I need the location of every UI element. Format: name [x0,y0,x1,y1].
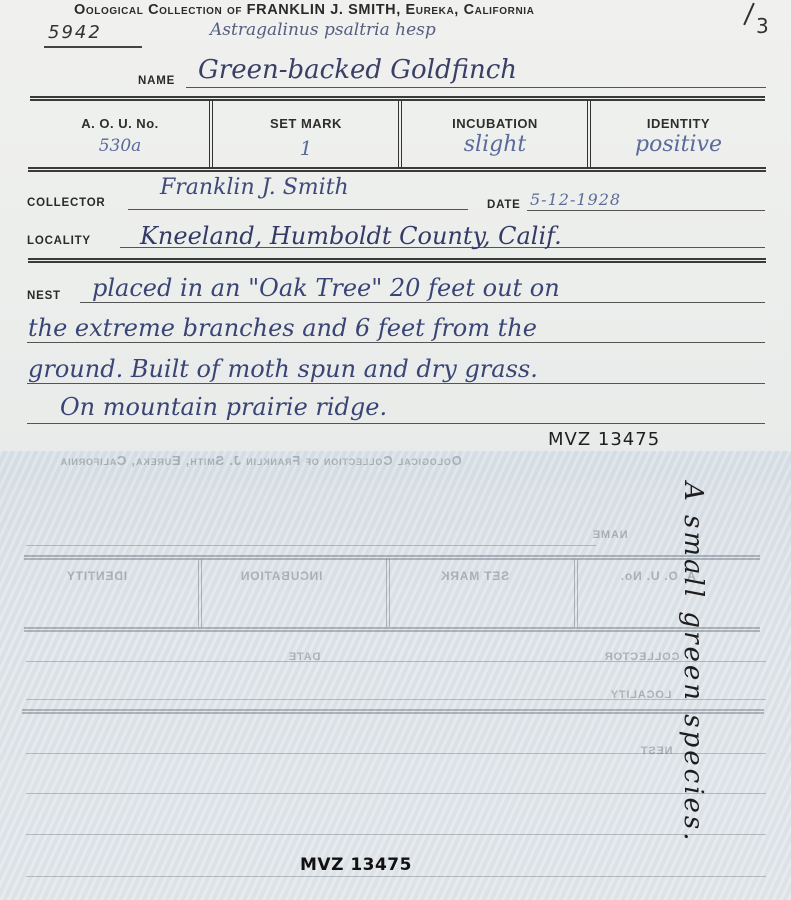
date-line [527,210,765,211]
name-value: Green-backed Goldfinch [198,55,517,85]
museum-number-front: MVZ 13475 [548,429,660,450]
ghost-name-line [26,545,596,546]
collector-line [128,209,468,210]
ghost-set-mark-label: SET MARK [440,569,509,583]
nest-line-4 [27,423,765,424]
ghost-identity-label: IDENTITY [66,569,127,583]
locality-label: LOCALITY [27,235,91,247]
ghost-nest-line-2 [26,793,766,794]
nest-text-line-2: the extreme branches and 6 feet from the [28,314,537,342]
ghost-nest-line-1 [26,753,766,754]
fraction-denominator: 3 [756,14,769,38]
ghost-nest-line-3 [26,834,766,835]
collector-label: COLLECTOR [27,197,106,209]
nest-label: NEST [27,290,61,302]
collector-value: Franklin J. Smith [160,175,349,200]
collection-header: Oological Collection of FRANKLIN J. SMIT… [74,2,734,18]
set-mark-label: SET MARK [213,116,399,131]
name-line [186,87,766,88]
ghost-table-bottom [24,627,760,632]
date-label: DATE [487,199,521,211]
nest-text-line-3: ground. Built of moth spun and dry grass… [28,355,538,383]
date-value: 5-12-1928 [530,190,621,209]
nest-line-2 [27,342,765,343]
ghost-header: Oological Collection of Franklin J. Smit… [60,453,462,468]
ghost-locality-bottom [22,709,764,714]
vertical-handwritten-note: A small green species. [678,482,708,862]
locality-bottom-rule [28,258,766,263]
catalog-number: 5942 [48,22,102,43]
aou-no-value: 530a [30,136,210,156]
card-back: Oological Collection of Franklin J. Smit… [0,451,791,900]
identity-label: IDENTITY [591,116,766,131]
name-label: NAME [138,75,175,87]
ghost-incubation-label: INCUBATION [240,569,322,583]
nest-text-line-4: On mountain prairie ridge. [60,393,387,421]
set-mark-value: 1 [213,136,399,160]
ghost-divider-3 [574,559,578,627]
nest-line-3 [27,383,765,384]
scientific-name: Astragalinus psaltria hesp [210,20,436,40]
ghost-collector-line [26,661,766,662]
ghost-nest-label: NEST [640,745,673,757]
incubation-label: INCUBATION [402,116,588,131]
catalog-number-underline [44,46,142,48]
incubation-value: slight [402,132,588,157]
identity-value: positive [591,132,766,157]
ghost-locality-line [26,699,766,700]
aou-no-label: A. O. U. No. [30,116,210,131]
museum-number-back: MVZ 13475 [300,855,412,875]
ghost-nest-line-4 [26,876,766,877]
ghost-divider-2 [386,559,390,627]
nest-line-1 [80,302,765,303]
locality-value: Kneeland, Humboldt County, Calif. [140,222,562,250]
card-front: Oological Collection of FRANKLIN J. SMIT… [0,0,791,451]
table-bottom-rule [28,167,766,172]
fraction-slash [743,3,755,26]
nest-text-line-1: placed in an "Oak Tree" 20 feet out on [92,274,560,302]
ghost-divider-1 [198,559,202,627]
ghost-table-top [24,555,760,560]
ghost-name-label: NAME [592,529,628,541]
card-fraction: 3 [742,0,782,40]
